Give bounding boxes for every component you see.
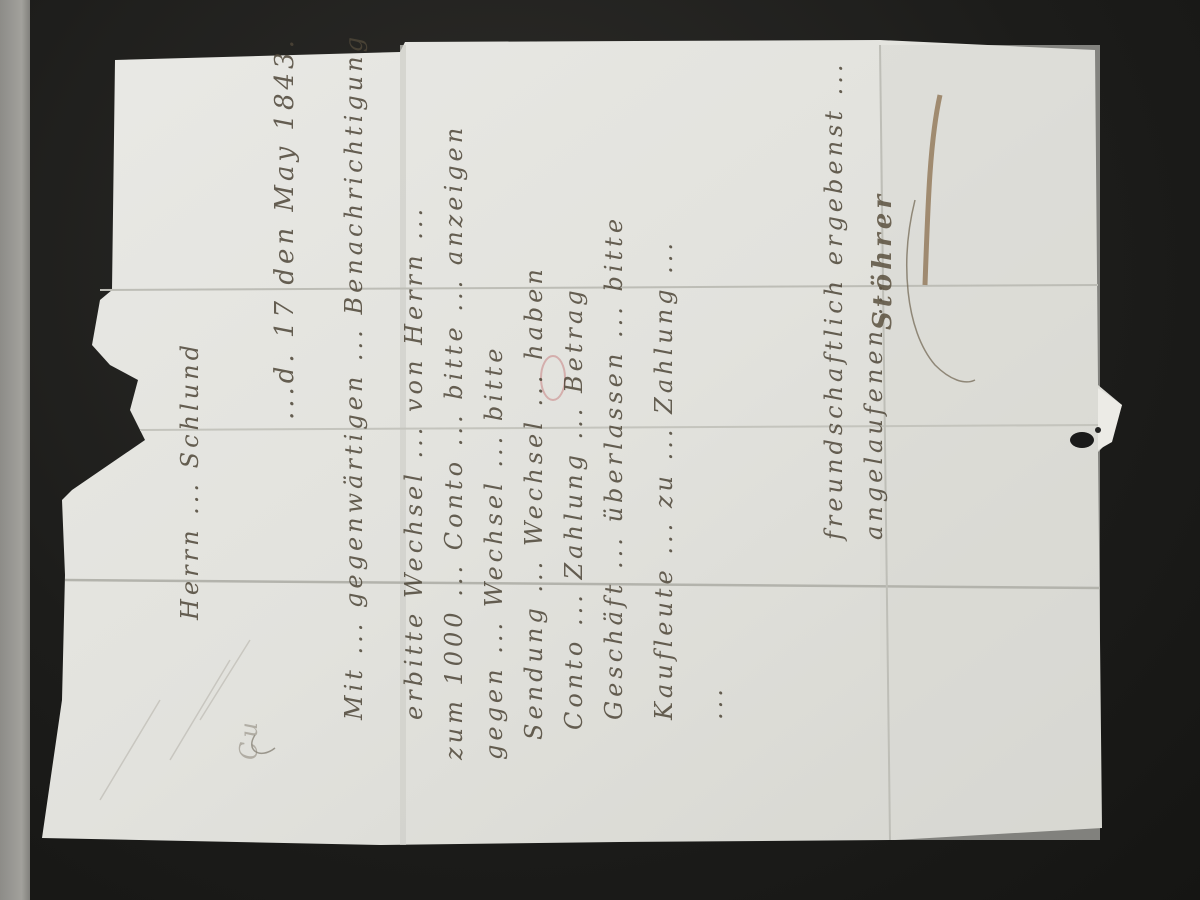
body-line: gegen ... Wechsel ... bitte <box>480 345 508 760</box>
body-line: Mit ... gegenwärtigen ... Benachrichtigu… <box>340 33 368 720</box>
signature: Stöhrer <box>868 191 898 330</box>
salutation-line: Herrn ... Schlund <box>176 341 204 620</box>
body-line: Conto ... Zahlung ... Betrag <box>560 286 588 730</box>
body-line: ... <box>700 685 728 720</box>
body-line: Kaufleute ... zu ... Zahlung ... <box>650 239 678 720</box>
wax-seal-remnant <box>1070 432 1094 448</box>
body-line: erbitte Wechsel ... von Herrn ... <box>400 205 428 720</box>
body-line: Sendung ... Wechsel ... haben <box>520 265 548 740</box>
place-date-line: ...d. 17 den May 1843. <box>270 36 300 420</box>
margin-note: Cu <box>235 718 263 760</box>
closing-line: freundschaftlich ergebenst ... <box>820 60 848 540</box>
body-line: zum 1000 ... Conto ... bitte ... anzeige… <box>440 124 468 760</box>
body-line: Geschäft ... überlassen ... bitte <box>600 215 628 720</box>
